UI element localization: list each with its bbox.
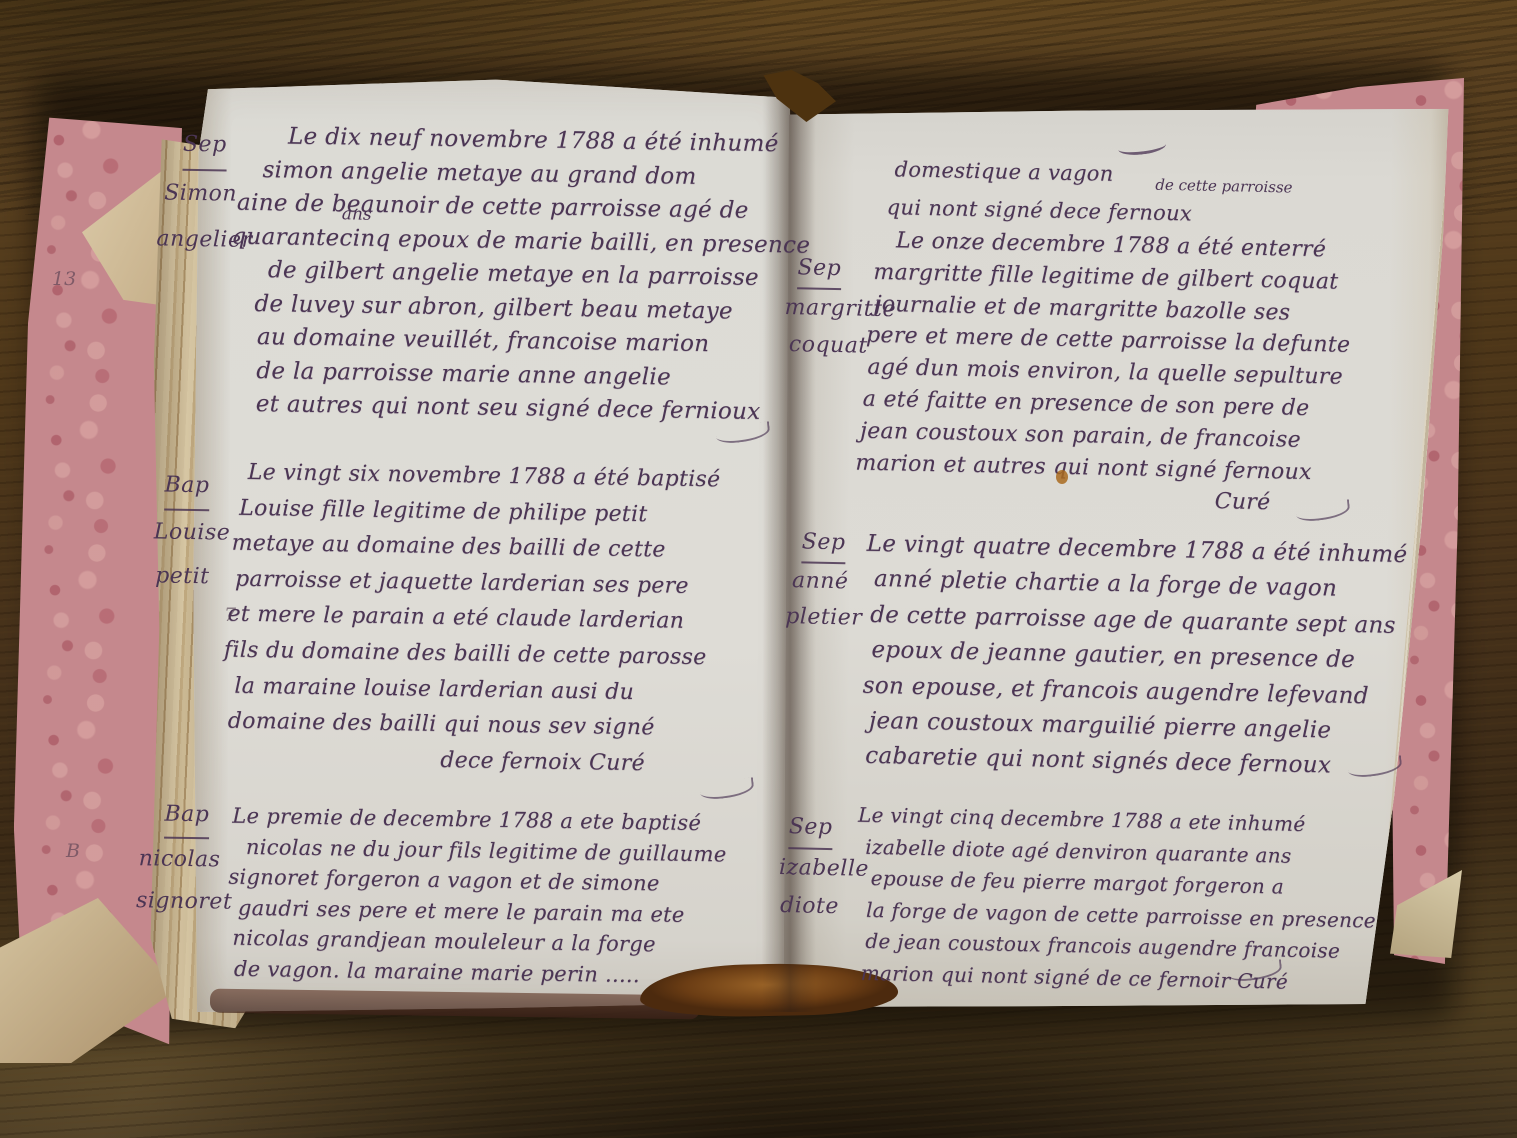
entry-body: Le premie de decembre 1788 a ete baptisé…: [227, 801, 728, 992]
margin-label: Bap: [164, 794, 210, 840]
stub-stray-mark: B: [66, 840, 80, 862]
register-entry-burial-izabelle-diote: Sep izabelle diote Le vingt cinq decembr…: [770, 102, 1451, 1021]
photo-scene: Sep Simon angelier Le dix neuf novembre …: [0, 0, 1517, 1138]
ink-stain: [1056, 470, 1068, 484]
margin-label: nicolas: [138, 838, 233, 881]
left-page-text: Sep Simon angelier Le dix neuf novembre …: [181, 78, 796, 1021]
right-page-text: domestique a vagon qui nont signé dece f…: [770, 102, 1451, 1021]
stub-stray-mark: 13: [52, 268, 76, 290]
margin-label: signoret: [136, 880, 233, 924]
register-entry-baptism-nicolas-signoret: Bap nicolas signoret Le premie de decemb…: [181, 78, 796, 1021]
stub-stray-mark: 7: [224, 604, 236, 626]
entry-body: Le vingt cinq decembre 1788 a ete inhumé…: [854, 800, 1378, 1000]
margin-annotation: Bap nicolas signoret: [136, 793, 234, 923]
margin-label: Sep: [788, 808, 833, 850]
